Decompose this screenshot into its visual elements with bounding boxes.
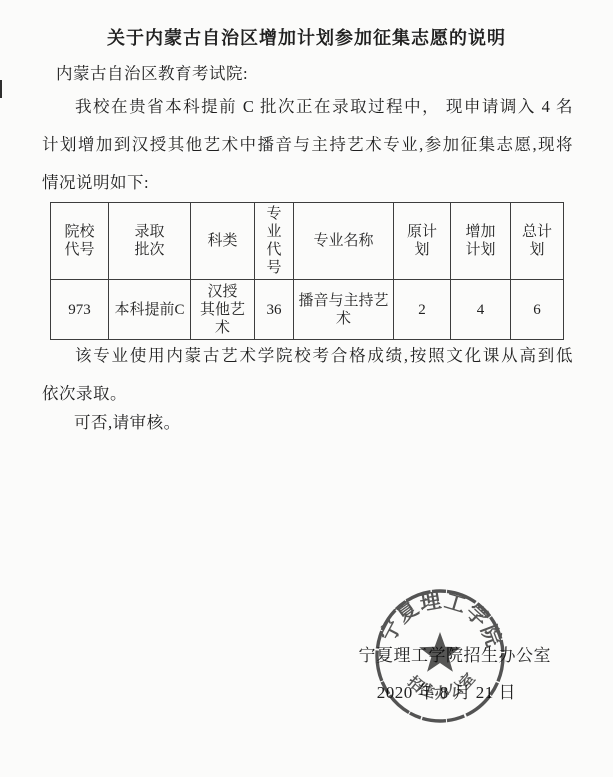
table-row: 973 本科提前C 汉授 其他艺 术 36 播音与主持艺 术 2 4 6 (51, 280, 564, 340)
cell-admission-batch: 本科提前C (109, 280, 191, 340)
scan-edge-artifact (0, 80, 2, 98)
cell-college-code: 973 (51, 280, 109, 340)
paragraph-line: 该专业使用内蒙古艺术学院校考合格成绩,按照文化课从高到低 (42, 337, 573, 375)
star-icon (419, 632, 461, 672)
cell-total-plan: 6 (511, 280, 564, 340)
header-major-code: 专 业 代 号 (255, 203, 294, 280)
document-page: 关于内蒙古自治区增加计划参加征集志愿的说明 内蒙古自治区教育考试院: 我校在贵省… (0, 0, 613, 777)
header-subject-category: 科类 (191, 203, 255, 280)
official-seal: 宁夏理工学院 招生办公室 (370, 588, 510, 728)
header-added-plan: 增加 计划 (451, 203, 511, 280)
cell-subject-category: 汉授 其他艺 术 (191, 280, 255, 340)
header-college-code: 院校 代号 (51, 203, 109, 280)
note-paragraph: 该专业使用内蒙古艺术学院校考合格成绩,按照文化课从高到低 依次录取。 (42, 337, 573, 413)
cell-original-plan: 2 (394, 280, 451, 340)
seal-bottom-text: 招生办公室 (404, 669, 480, 703)
header-major-name: 专业名称 (294, 203, 394, 280)
cell-major-name: 播音与主持艺 术 (294, 280, 394, 340)
paragraph-line: 情况说明如下: (42, 164, 573, 202)
intro-paragraph: 我校在贵省本科提前 C 批次正在录取过程中， 现申请调入 4 名 计划增加到汉授… (42, 88, 573, 202)
paragraph-line: 依次录取。 (42, 375, 573, 413)
header-original-plan: 原计 划 (394, 203, 451, 280)
plan-table: 院校 代号 录取 批次 科类 专 业 代 号 专业名称 原计 划 增加 计划 总… (50, 202, 564, 340)
cell-added-plan: 4 (451, 280, 511, 340)
paragraph-line: 我校在贵省本科提前 C 批次正在录取过程中， 现申请调入 4 名 (42, 88, 573, 126)
document-title: 关于内蒙古自治区增加计划参加征集志愿的说明 (0, 24, 613, 50)
header-admission-batch: 录取 批次 (109, 203, 191, 280)
paragraph-line: 计划增加到汉授其他艺术中播音与主持艺术专业,参加征集志愿,现将 (42, 126, 573, 164)
salutation-line: 内蒙古自治区教育考试院: (56, 60, 248, 84)
review-request-line: 可否,请审核。 (74, 412, 181, 434)
table-header-row: 院校 代号 录取 批次 科类 专 业 代 号 专业名称 原计 划 增加 计划 总… (51, 203, 564, 280)
cell-major-code: 36 (255, 280, 294, 340)
header-total-plan: 总计 划 (511, 203, 564, 280)
